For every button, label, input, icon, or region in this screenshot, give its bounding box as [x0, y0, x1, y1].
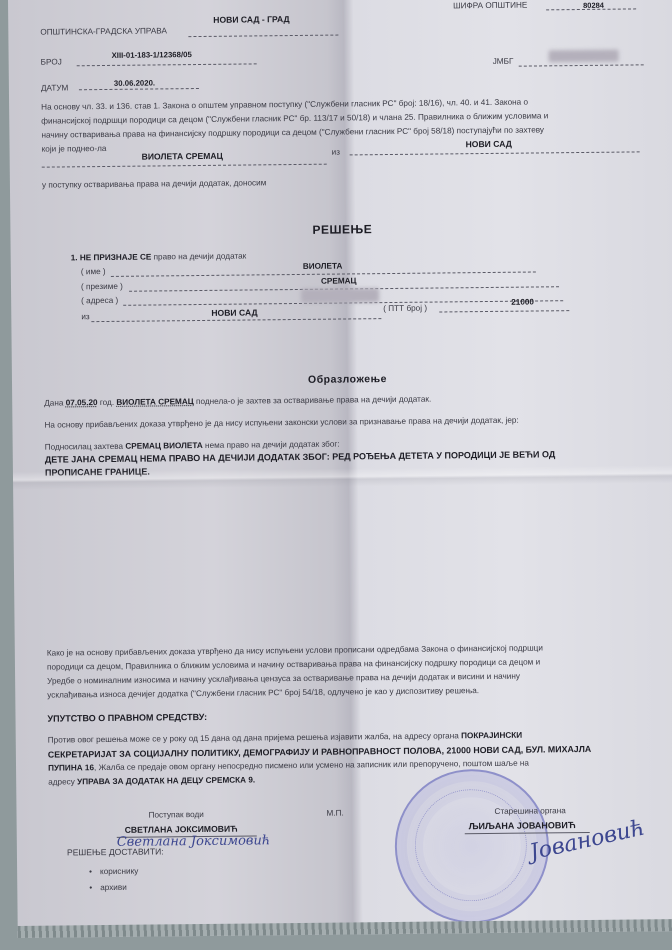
reasoning-paragraph-2: На основу прибављених доказа утврђено је…: [44, 416, 518, 431]
authority-underline: [188, 35, 338, 38]
decision-item-text: право на дечији додатак: [154, 252, 247, 262]
postal-underline: [439, 310, 569, 312]
number-value: XIII-01-183-1/12368/05: [112, 50, 192, 61]
decision-item-1: 1. НЕ ПРИЗНАЈЕ СЕ право на дечији додата…: [71, 252, 247, 264]
remedy-address: УПРАВА ЗА ДОДАТАК НА ДЕЦУ СРЕМСКА 9.: [77, 775, 255, 786]
seal-label: М.П.: [326, 809, 343, 819]
date-label: ДАТУМ: [41, 83, 68, 93]
municipality-code-label: ШИФРА ОПШТИНЕ: [453, 1, 527, 12]
number-underline: [77, 63, 257, 66]
date-value: 30.06.2020.: [114, 78, 155, 88]
submitter-name: ВИОЛЕТА СРЕМАЦ: [116, 397, 193, 407]
address-label: ( адреса ): [81, 296, 118, 306]
reasoning-paragraph-3: Подносилац захтева СРЕМАЦ ВИОЛЕТА нема п…: [45, 440, 340, 453]
paper-bottom-edge: [18, 919, 672, 938]
jmbg-label: ЈМБГ: [493, 57, 514, 67]
official-seal-stamp: [394, 768, 550, 924]
address-redacted: [301, 288, 379, 303]
delivery-title: РЕШЕЊЕ ДОСТАВИТИ:: [67, 846, 164, 857]
postal-value: 21000: [511, 298, 534, 308]
seal-inner-ring: [414, 789, 527, 902]
city-label: из: [81, 312, 89, 322]
number-label: БРОЈ: [41, 57, 62, 67]
decision-item-bold: 1. НЕ ПРИЗНАЈЕ СЕ: [71, 253, 152, 263]
applicant-name: ВИОЛЕТА СРЕМАЦ: [142, 151, 223, 162]
p1-text-a: Дана: [44, 398, 63, 407]
conclusion-line-4: усклађивања износа дечијег додатка ("Слу…: [47, 686, 479, 701]
last-name-value: СРЕМАЦ: [321, 276, 357, 286]
city-value: НОВИ САД: [211, 307, 257, 317]
preamble-line-1: На основу чл. 33. и 136. став 1. Закона …: [41, 98, 528, 113]
authority-label: ОПШТИНСКА-ГРАДСКА УПРАВА: [40, 26, 167, 37]
city-underline: [91, 318, 381, 322]
decision-document: ОПШТИНСКА-ГРАДСКА УПРАВА НОВИ САД - ГРАД…: [8, 0, 672, 938]
first-name-value: ВИОЛЕТА: [303, 262, 343, 272]
jmbg-redacted: [549, 50, 619, 63]
reasoning-paragraph-1: Дана 07.05.20 год. ВИОЛЕТА СРЕМАЦ поднел…: [44, 395, 431, 409]
head-name: ЉИЉАНА ЈОВАНОВИЋ: [469, 820, 576, 831]
jmbg-underline: [519, 64, 644, 66]
head-label: Старешина органа: [494, 806, 565, 817]
p1-text-c: поднела-о је захтев за остваривање права…: [196, 395, 431, 406]
legal-remedy-line-1: Против овог решења може се у року од 15 …: [48, 731, 522, 746]
decision-title: РЕШЕЊЕ: [312, 222, 372, 237]
applicant-city: НОВИ САД: [465, 139, 511, 149]
first-name-label: ( име ): [81, 267, 106, 277]
delivery-item: архиви: [89, 883, 127, 893]
authority-value: НОВИ САД - ГРАД: [213, 14, 290, 25]
p3-text-b: нема право на дечији додатак због:: [205, 440, 340, 450]
legal-remedy-line-2: СЕКРЕТАРИЈАТ ЗА СОЦИЈАЛНУ ПОЛИТИКУ, ДЕМО…: [48, 744, 591, 760]
submitted-by-label: који је поднео-ла: [42, 144, 107, 155]
applicant-city-underline: [350, 151, 640, 155]
from-label: из: [332, 148, 340, 158]
legal-remedy-title: УПУТСТВО О ПРАВНОМ СРЕДСТВУ:: [47, 712, 207, 724]
preamble-line-2: финансијској подршци породици са децом (…: [41, 111, 548, 126]
postal-label: ( ПТТ број ): [383, 304, 427, 314]
remedy-address-label: адресу: [48, 777, 75, 786]
last-name-label: ( презиме ): [81, 282, 123, 292]
p1-text-b: год.: [100, 398, 114, 407]
conclusion-line-1: Како је на основу прибављених доказа утв…: [47, 643, 543, 658]
remedy-text: Против овог решења може се у року од 15 …: [48, 731, 459, 744]
delivery-item: кориснику: [89, 867, 138, 878]
legal-remedy-line-4: адресу УПРАВА ЗА ДОДАТАК НА ДЕЦУ СРЕМСКА…: [48, 775, 255, 787]
conclusion-line-3: Уредбе о номиналним износима и начину ус…: [47, 672, 520, 687]
remedy-authority: ПОКРАЈИНСКИ: [461, 731, 522, 741]
preamble-closing: у поступку остваривања права на дечији д…: [42, 178, 266, 190]
submission-date: 07.05.20: [66, 398, 98, 407]
officer-label: Поступак води: [148, 810, 203, 821]
applicant-name-underline: [42, 164, 327, 168]
applicant-name-reversed: СРЕМАЦ ВИОЛЕТА: [125, 441, 202, 451]
conclusion-line-2: породици са децом, Правилника о ближим у…: [47, 657, 540, 672]
reasoning-title: Образложење: [308, 373, 387, 386]
p3-text-a: Подносилац захтева: [45, 442, 123, 452]
remedy-street: ПУПИНА 16: [48, 763, 94, 772]
municipality-code-value: 80284: [583, 1, 604, 11]
